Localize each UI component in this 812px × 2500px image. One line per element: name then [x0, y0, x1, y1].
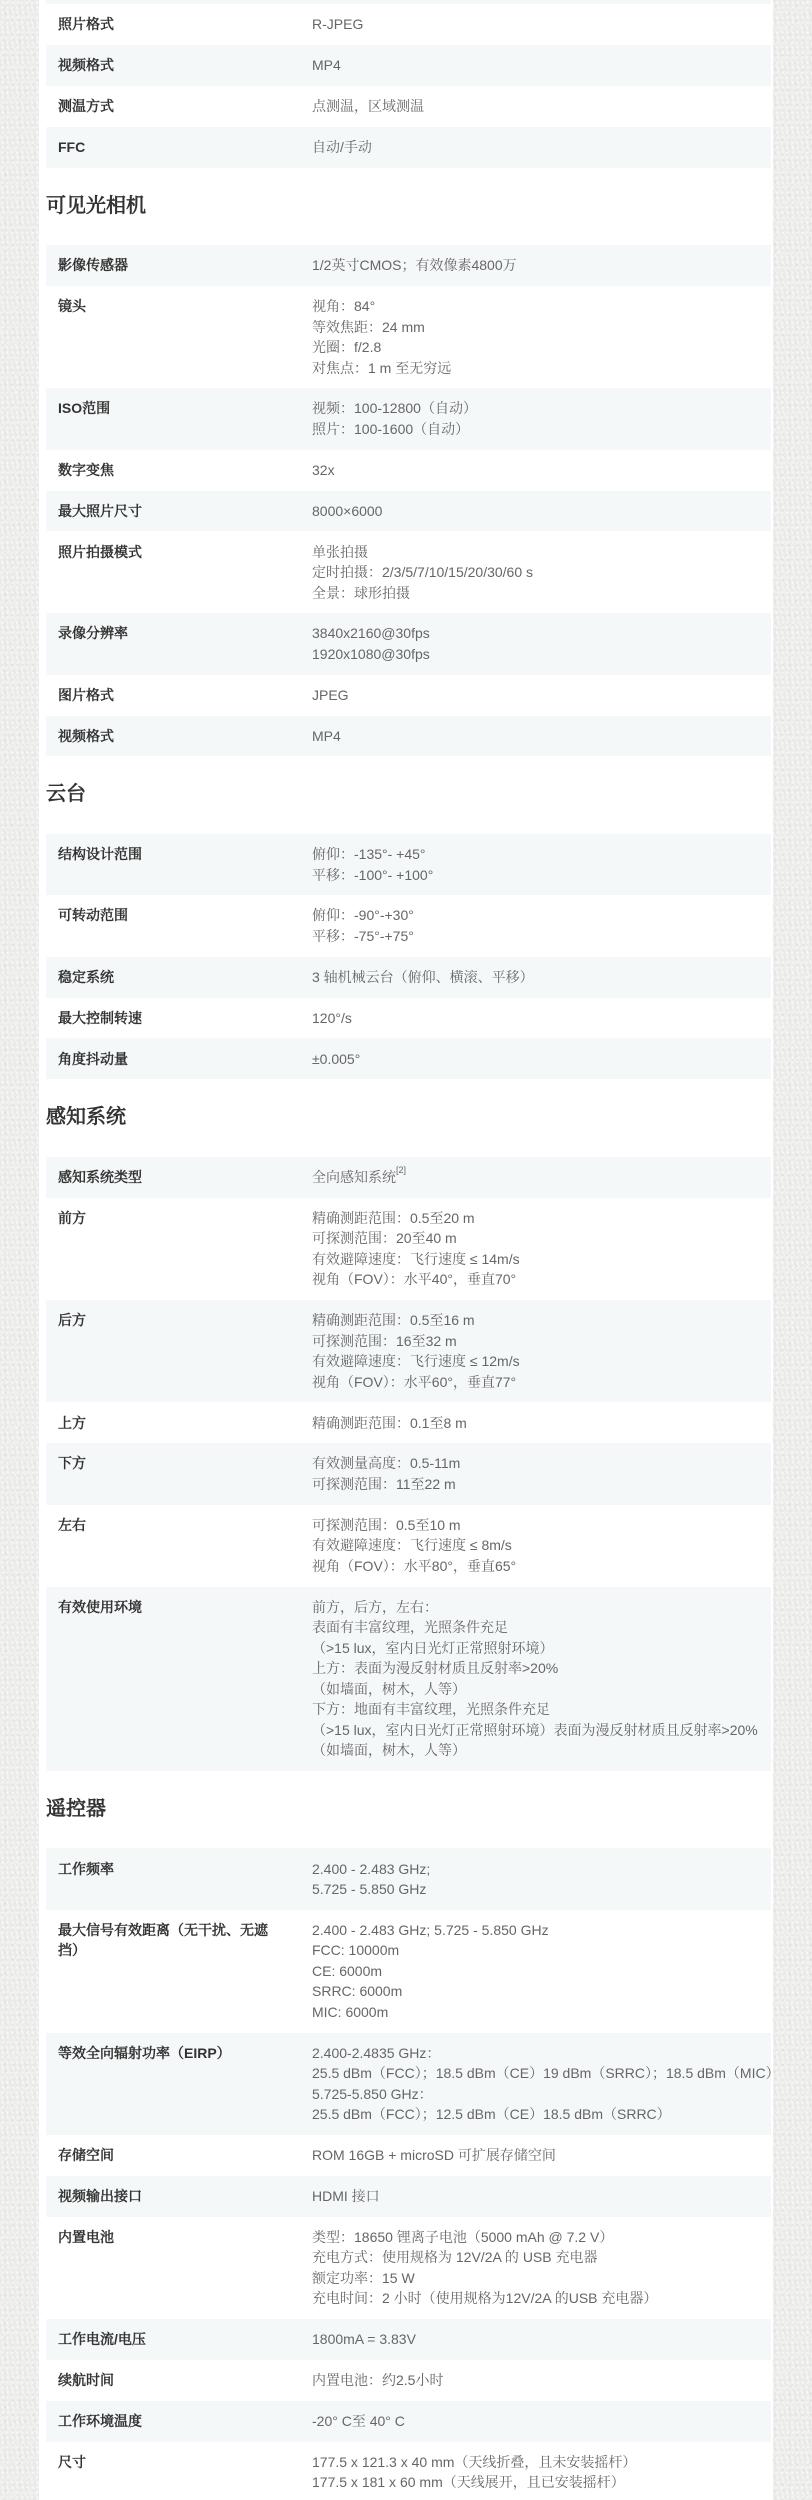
- spec-value-line: 120°/s: [312, 1008, 771, 1029]
- spec-value-line: JPEG: [312, 685, 771, 706]
- spec-row-operating-temperature: 工作环境温度-20° C至 40° C: [46, 2401, 771, 2442]
- spec-table: 工作频率 2.400 - 2.483 GHz; 5.725 - 5.850 GH…: [46, 1848, 771, 2500]
- spec-value-line: 1/2英寸CMOS；有效像素4800万: [312, 255, 771, 276]
- spec-value-line: 3 轴机械云台（俯仰、横滚、平移）: [312, 967, 771, 988]
- spec-value-line: 自动/手动: [312, 137, 771, 158]
- spec-value-line: R-JPEG: [312, 14, 771, 35]
- spec-row-upward: 上方精确测距范围：0.1至8 m: [46, 1402, 771, 1443]
- spec-label: 结构设计范围: [46, 834, 300, 875]
- spec-row-ffc: FFC自动/手动: [46, 127, 771, 168]
- spec-row-eirp: 等效全向辐射功率（EIRP） 2.400-2.4835 GHz： 25.5 dB…: [46, 2033, 771, 2135]
- spec-value-line: 5.725-5.850 GHz：: [312, 2084, 780, 2105]
- spec-value-line: 有效避障速度：飞行速度 ≤ 8m/s: [312, 1535, 771, 1556]
- spec-value: 8000×6000: [300, 491, 771, 532]
- spec-value-line: 视频：100-12800（自动）: [312, 398, 771, 419]
- spec-label: 上方: [46, 1402, 300, 1443]
- section-title: 感知系统: [46, 1103, 771, 1131]
- spec-label: 稳定系统: [46, 957, 300, 998]
- spec-value-line: 表面有丰富纹理，光照条件充足: [312, 1617, 771, 1638]
- spec-label: 角度抖动量: [46, 1038, 300, 1079]
- spec-value-line: MP4: [312, 55, 771, 76]
- spec-row-iso-range: ISO范围 视频：100-12800（自动） 照片：100-1600（自动）: [46, 388, 771, 449]
- spec-value-line: 前方，后方，左右：: [312, 1597, 771, 1618]
- spec-value: 单张拍摄 定时拍摄：2/3/5/7/10/15/20/30/60 s 全景：球形…: [300, 531, 771, 613]
- spec-label: 存储空间: [46, 2135, 300, 2176]
- spec-value: 前方，后方，左右： 表面有丰富纹理，光照条件充足 （>15 lux，室内日光灯正…: [300, 1587, 771, 1771]
- spec-row-angular-vibration: 角度抖动量±0.005°: [46, 1038, 771, 1079]
- spec-value: ±0.005°: [300, 1038, 771, 1079]
- section-sensing-system: 感知系统 感知系统类型 全向感知系统[2] 前方 精确测距范围：0.5至20 m…: [46, 1103, 771, 1771]
- spec-value-line: 视角（FOV）：水平40°，垂直70°: [312, 1269, 771, 1290]
- spec-value-line: 32x: [312, 460, 771, 481]
- spec-value: JPEG: [300, 675, 771, 716]
- spec-value-line: 有效测量高度：0.5-11m: [312, 1453, 771, 1474]
- spec-label: 测温方式: [46, 86, 300, 127]
- spec-value: R-JPEG: [300, 4, 771, 45]
- spec-value-line: 单张拍摄: [312, 542, 771, 563]
- spec-value-line: ±0.005°: [312, 1049, 771, 1070]
- spec-value-line: 5.725 - 5.850 GHz: [312, 1879, 771, 1900]
- section-gimbal: 云台 结构设计范围 俯仰：-135°- +45° 平移：-100°- +100°…: [46, 780, 771, 1079]
- spec-value-line: 3840x2160@30fps: [312, 623, 771, 644]
- spec-value: 点测温，区域测温: [300, 86, 771, 127]
- spec-row-stabilization: 稳定系统3 轴机械云台（俯仰、横滚、平移）: [46, 957, 771, 998]
- spec-value: 1800mA = 3.83V: [300, 2319, 771, 2360]
- spec-value-line: 2.400 - 2.483 GHz; 5.725 - 5.850 GHz: [312, 1920, 771, 1941]
- spec-value: 类型：18650 锂离子电池（5000 mAh @ 7.2 V） 充电方式：使用…: [300, 2217, 771, 2319]
- spec-value-line: 下方：地面有丰富纹理，光照条件充足: [312, 1699, 771, 1720]
- spec-label: 镜头: [46, 286, 300, 327]
- spec-row-max-control-speed: 最大控制转速120°/s: [46, 998, 771, 1039]
- spec-row-max-transmission-distance: 最大信号有效距离（无干扰、无遮挡） 2.400 - 2.483 GHz; 5.7…: [46, 1910, 771, 2033]
- spec-value: MP4: [300, 716, 771, 757]
- spec-label: FFC: [46, 127, 300, 168]
- spec-value-line: -20° C至 40° C: [312, 2411, 771, 2432]
- spec-value-line: 精确测距范围：0.1至8 m: [312, 1413, 771, 1434]
- spec-value-line: （如墙面，树木，人等）: [312, 1740, 771, 1761]
- spec-row-operating-environment: 有效使用环境 前方，后方，左右： 表面有丰富纹理，光照条件充足 （>15 lux…: [46, 1587, 771, 1771]
- spec-value-line: CE: 6000m: [312, 1961, 771, 1982]
- spec-value-line: 全景：球形拍摄: [312, 583, 771, 604]
- spec-label: 视频格式: [46, 45, 300, 86]
- spec-table: 感知系统类型 全向感知系统[2] 前方 精确测距范围：0.5至20 m 可探测范…: [46, 1157, 771, 1771]
- spec-value: 俯仰：-135°- +45° 平移：-100°- +100°: [300, 834, 771, 895]
- spec-value: 120°/s: [300, 998, 771, 1039]
- spec-panel: 照片格式R-JPEG 视频格式MP4 测温方式点测温，区域测温 FFC自动/手动…: [39, 0, 773, 2500]
- spec-value: 1/2英寸CMOS；有效像素4800万: [300, 245, 771, 286]
- spec-value: 可探测范围：0.5至10 m 有效避障速度：飞行速度 ≤ 8m/s 视角（FOV…: [300, 1505, 771, 1587]
- spec-row-video-resolution: 录像分辨率 3840x2160@30fps 1920x1080@30fps: [46, 613, 771, 674]
- spec-value: 2.400 - 2.483 GHz; 5.725 - 5.850 GHz: [300, 1848, 771, 1909]
- spec-label: 最大控制转速: [46, 998, 300, 1039]
- spec-value-line: 俯仰：-135°- +45°: [312, 844, 771, 865]
- spec-value-line: 8000×6000: [312, 501, 771, 522]
- spec-label: 后方: [46, 1300, 300, 1341]
- spec-value-line: （>15 lux，室内日光灯正常照射环境）表面为漫反射材质且反射率>20%: [312, 1720, 771, 1741]
- spec-value: MP4: [300, 45, 771, 86]
- spec-label: 视频输出接口: [46, 2176, 300, 2217]
- spec-value: 2.400-2.4835 GHz： 25.5 dBm（FCC）；18.5 dBm…: [300, 2033, 780, 2135]
- spec-value: ROM 16GB + microSD 可扩展存储空间: [300, 2135, 771, 2176]
- section-title: 遥控器: [46, 1795, 771, 1823]
- spec-value-text: 全向感知系统: [312, 1169, 396, 1185]
- spec-value: 精确测距范围：0.1至8 m: [300, 1402, 771, 1443]
- spec-row-sensing-type: 感知系统类型 全向感知系统[2]: [46, 1157, 771, 1198]
- spec-value: 32x: [300, 450, 771, 491]
- spec-label: 左右: [46, 1505, 300, 1546]
- spec-value-line: 177.5 x 121.3 x 40 mm（天线折叠，且未安装摇杆）: [312, 2452, 771, 2473]
- spec-value-line: MP4: [312, 726, 771, 747]
- spec-value-line: （如墙面，树木，人等）: [312, 1679, 771, 1700]
- spec-value-line: 上方：表面为漫反射材质且反射率>20%: [312, 1658, 771, 1679]
- spec-value-line: 类型：18650 锂离子电池（5000 mAh @ 7.2 V）: [312, 2227, 771, 2248]
- spec-value: 视角：84° 等效焦距：24 mm 光圈：f/2.8 对焦点：1 m 至无穷远: [300, 286, 771, 388]
- spec-row-lateral: 左右 可探测范围：0.5至10 m 有效避障速度：飞行速度 ≤ 8m/s 视角（…: [46, 1505, 771, 1587]
- spec-value: 有效测量高度：0.5-11m 可探测范围：11至22 m: [300, 1443, 771, 1504]
- spec-row-mechanical-range: 结构设计范围 俯仰：-135°- +45° 平移：-100°- +100°: [46, 834, 771, 895]
- spec-value-line: MIC: 6000m: [312, 2002, 771, 2023]
- spec-row-backward: 后方 精确测距范围：0.5至16 m 可探测范围：16至32 m 有效避障速度：…: [46, 1300, 771, 1402]
- spec-value-line: SRRC: 6000m: [312, 1981, 771, 2002]
- spec-label: 续航时间: [46, 2360, 300, 2401]
- spec-value: 2.400 - 2.483 GHz; 5.725 - 5.850 GHz FCC…: [300, 1910, 771, 2033]
- spec-label: 最大照片尺寸: [46, 491, 300, 532]
- spec-table: 结构设计范围 俯仰：-135°- +45° 平移：-100°- +100° 可转…: [46, 834, 771, 1079]
- spec-row-video-output: 视频输出接口HDMI 接口: [46, 2176, 771, 2217]
- spec-label: 影像传感器: [46, 245, 300, 286]
- spec-label: 工作电流/电压: [46, 2319, 300, 2360]
- spec-value-line: 有效避障速度：飞行速度 ≤ 12m/s: [312, 1351, 771, 1372]
- spec-label: 数字变焦: [46, 450, 300, 491]
- section-title: 云台: [46, 780, 771, 808]
- spec-value-line: 充电方式：使用规格为 12V/2A 的 USB 充电器: [312, 2247, 771, 2268]
- spec-value-line: 可探测范围：20至40 m: [312, 1228, 771, 1249]
- spec-row-operating-current-voltage: 工作电流/电压1800mA = 3.83V: [46, 2319, 771, 2360]
- spec-row-digital-zoom: 数字变焦32x: [46, 450, 771, 491]
- spec-row-image-format: 图片格式JPEG: [46, 675, 771, 716]
- spec-value-line: 等效焦距：24 mm: [312, 317, 771, 338]
- spec-label: 工作频率: [46, 1848, 300, 1889]
- spec-label: 录像分辨率: [46, 613, 300, 654]
- section-visible-camera: 可见光相机 影像传感器1/2英寸CMOS；有效像素4800万 镜头 视角：84°…: [46, 192, 771, 757]
- spec-row-forward: 前方 精确测距范围：0.5至20 m 可探测范围：20至40 m 有效避障速度：…: [46, 1198, 771, 1300]
- spec-value: 177.5 x 121.3 x 40 mm（天线折叠，且未安装摇杆） 177.5…: [300, 2442, 771, 2500]
- spec-value-line: 177.5 x 181 x 60 mm（天线展开，且已安装摇杆）: [312, 2472, 771, 2493]
- spec-row-controllable-range: 可转动范围 俯仰：-90°-+30° 平移：-75°-+75°: [46, 895, 771, 956]
- spec-value-line: 内置电池：约2.5小时: [312, 2370, 771, 2391]
- spec-value-line: 精确测距范围：0.5至20 m: [312, 1208, 771, 1229]
- spec-row-operating-frequency: 工作频率 2.400 - 2.483 GHz; 5.725 - 5.850 GH…: [46, 1848, 771, 1909]
- section-partial-top: 照片格式R-JPEG 视频格式MP4 测温方式点测温，区域测温 FFC自动/手动: [46, 0, 771, 168]
- spec-value: 3840x2160@30fps 1920x1080@30fps: [300, 613, 771, 674]
- spec-label: 最大信号有效距离（无干扰、无遮挡）: [46, 1910, 300, 1971]
- spec-value-line: 可探测范围：16至32 m: [312, 1331, 771, 1352]
- spec-value-line: 2.400 - 2.483 GHz;: [312, 1859, 771, 1880]
- spec-value-line: 25.5 dBm（FCC）；18.5 dBm（CE）19 dBm（SRRC）；1…: [312, 2063, 780, 2084]
- spec-value-line: 俯仰：-90°-+30°: [312, 905, 771, 926]
- spec-row-photo-format: 照片格式R-JPEG: [46, 4, 771, 45]
- spec-value-line: 照片：100-1600（自动）: [312, 419, 771, 440]
- section-remote-controller: 遥控器 工作频率 2.400 - 2.483 GHz; 5.725 - 5.85…: [46, 1795, 771, 2500]
- spec-value-line: 光圈：f/2.8: [312, 337, 771, 358]
- spec-value: 精确测距范围：0.5至20 m 可探测范围：20至40 m 有效避障速度：飞行速…: [300, 1198, 771, 1300]
- spec-value-line: 平移：-75°-+75°: [312, 926, 771, 947]
- spec-value-line: 点测温，区域测温: [312, 96, 771, 117]
- spec-row-video-format: 视频格式MP4: [46, 716, 771, 757]
- spec-value-line: 视角（FOV）：水平80°，垂直65°: [312, 1556, 771, 1577]
- spec-row-downward: 下方 有效测量高度：0.5-11m 可探测范围：11至22 m: [46, 1443, 771, 1504]
- spec-label: 照片格式: [46, 4, 300, 45]
- spec-value: 精确测距范围：0.5至16 m 可探测范围：16至32 m 有效避障速度：飞行速…: [300, 1300, 771, 1402]
- spec-value-line: 视角：84°: [312, 296, 771, 317]
- spec-value-line: 可探测范围：0.5至10 m: [312, 1515, 771, 1536]
- spec-value: 内置电池：约2.5小时: [300, 2360, 771, 2401]
- section-title: 可见光相机: [46, 192, 771, 220]
- spec-value: 俯仰：-90°-+30° 平移：-75°-+75°: [300, 895, 771, 956]
- spec-value-line: 2.400-2.4835 GHz：: [312, 2043, 780, 2064]
- spec-label: 照片拍摄模式: [46, 531, 300, 572]
- spec-table: 影像传感器1/2英寸CMOS；有效像素4800万 镜头 视角：84° 等效焦距：…: [46, 245, 771, 756]
- footnote-link[interactable]: [2]: [396, 1165, 406, 1175]
- spec-value-line: 精确测距范围：0.5至16 m: [312, 1310, 771, 1331]
- spec-value-line: （>15 lux，室内日光灯正常照射环境）: [312, 1638, 771, 1659]
- spec-row-temperature-measurement: 测温方式点测温，区域测温: [46, 86, 771, 127]
- spec-row-storage: 存储空间ROM 16GB + microSD 可扩展存储空间: [46, 2135, 771, 2176]
- spec-label: ISO范围: [46, 388, 300, 429]
- spec-row-image-sensor: 影像传感器1/2英寸CMOS；有效像素4800万: [46, 245, 771, 286]
- spec-value-line: 全向感知系统[2]: [312, 1167, 771, 1188]
- spec-value: HDMI 接口: [300, 2176, 771, 2217]
- spec-row-photo-modes: 照片拍摄模式 单张拍摄 定时拍摄：2/3/5/7/10/15/20/30/60 …: [46, 531, 771, 613]
- spec-label: 工作环境温度: [46, 2401, 300, 2442]
- spec-value-line: 充电时间：2 小时（使用规格为12V/2A 的USB 充电器）: [312, 2288, 771, 2309]
- spec-label: 下方: [46, 1443, 300, 1484]
- spec-row-max-photo-size: 最大照片尺寸8000×6000: [46, 491, 771, 532]
- spec-value: 全向感知系统[2]: [300, 1157, 771, 1198]
- spec-value: 自动/手动: [300, 127, 771, 168]
- spec-label: 视频格式: [46, 716, 300, 757]
- spec-label: 图片格式: [46, 675, 300, 716]
- spec-label: 有效使用环境: [46, 1587, 300, 1628]
- spec-value: 视频：100-12800（自动） 照片：100-1600（自动）: [300, 388, 771, 449]
- spec-label: 内置电池: [46, 2217, 300, 2258]
- spec-row-dimensions: 尺寸 177.5 x 121.3 x 40 mm（天线折叠，且未安装摇杆） 17…: [46, 2442, 771, 2500]
- spec-value-line: 1920x1080@30fps: [312, 644, 771, 665]
- spec-row-lens: 镜头 视角：84° 等效焦距：24 mm 光圈：f/2.8 对焦点：1 m 至无…: [46, 286, 771, 388]
- spec-value-line: 对焦点：1 m 至无穷远: [312, 358, 771, 379]
- spec-table: 照片格式R-JPEG 视频格式MP4 测温方式点测温，区域测温 FFC自动/手动: [46, 0, 771, 168]
- spec-label: 可转动范围: [46, 895, 300, 936]
- spec-value-line: 平移：-100°- +100°: [312, 865, 771, 886]
- spec-value-line: ROM 16GB + microSD 可扩展存储空间: [312, 2145, 771, 2166]
- spec-value-line: FCC: 10000m: [312, 1940, 771, 1961]
- spec-value-line: HDMI 接口: [312, 2186, 771, 2207]
- spec-label: 前方: [46, 1198, 300, 1239]
- spec-value: -20° C至 40° C: [300, 2401, 771, 2442]
- spec-value-line: 定时拍摄：2/3/5/7/10/15/20/30/60 s: [312, 562, 771, 583]
- spec-label: 等效全向辐射功率（EIRP）: [46, 2033, 300, 2074]
- spec-row-video-format: 视频格式MP4: [46, 45, 771, 86]
- spec-label: 尺寸: [46, 2442, 300, 2483]
- spec-row-built-in-battery: 内置电池 类型：18650 锂离子电池（5000 mAh @ 7.2 V） 充电…: [46, 2217, 771, 2319]
- spec-row-operating-time: 续航时间内置电池：约2.5小时: [46, 2360, 771, 2401]
- spec-value: 3 轴机械云台（俯仰、横滚、平移）: [300, 957, 771, 998]
- spec-value-line: 可探测范围：11至22 m: [312, 1474, 771, 1495]
- spec-value-line: 视角（FOV）：水平60°，垂直77°: [312, 1372, 771, 1393]
- spec-label: 感知系统类型: [46, 1157, 300, 1198]
- spec-value-line: 25.5 dBm（FCC）；12.5 dBm（CE）18.5 dBm（SRRC）: [312, 2104, 780, 2125]
- spec-value-line: 1800mA = 3.83V: [312, 2329, 771, 2350]
- spec-value-line: 有效避障速度：飞行速度 ≤ 14m/s: [312, 1249, 771, 1270]
- spec-value-line: 额定功率：15 W: [312, 2268, 771, 2289]
